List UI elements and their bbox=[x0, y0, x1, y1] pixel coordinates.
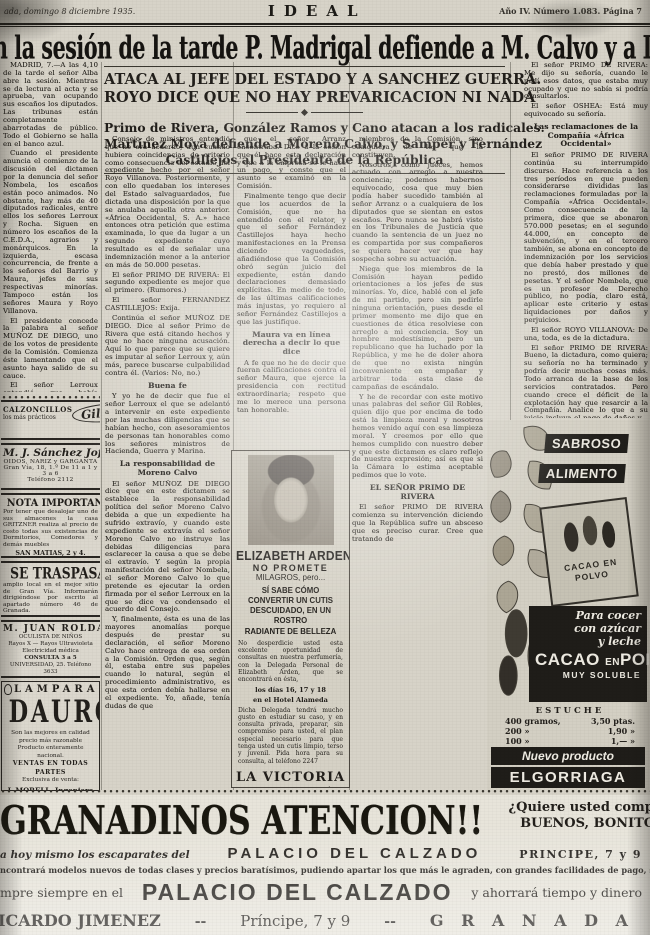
cacao-slogan: Para cocer bbox=[535, 609, 641, 622]
gilbert-logo: Gilbert bbox=[72, 401, 100, 425]
body-paragraph: Niega que los miembros de la Comisión ha… bbox=[352, 266, 483, 392]
body-paragraph: Y he de recordar con este motivo unas pa… bbox=[352, 394, 483, 480]
body-paragraph: El señor OSHEA: Está muy equivocado su s… bbox=[524, 103, 648, 119]
body-paragraph: El señor MUÑOZ DE DIEGO dice que en este… bbox=[105, 481, 230, 615]
price-row: 400 gramos, 3,50 ptas. bbox=[497, 716, 643, 726]
body-paragraph: Cuando el presidente anuncia el comienzo… bbox=[3, 150, 98, 315]
body-paragraph: Finalmente tengo que decir que los acuer… bbox=[237, 193, 346, 327]
ad-jofre-name: M. J. Sánchez Jofré bbox=[3, 447, 98, 459]
ad-roldan-specialty: OCULISTA DE NIÑOS bbox=[3, 634, 98, 641]
arden-line: MILAGROS, pero... bbox=[236, 573, 345, 582]
deck-line-1: ATACA AL JEFE DEL ESTADO Y A SANCHEZ GUE… bbox=[104, 71, 505, 89]
news-column-3: que el señor Arranz encontraba. Dice a l… bbox=[237, 136, 346, 446]
ad-palacio-del-calzado: GRANADINOS ATENCION!! ¿Quiere usted comp… bbox=[0, 795, 650, 935]
separator-dash: -- bbox=[384, 914, 396, 930]
arden-dates: los días 16, 17 y 18 bbox=[236, 686, 345, 694]
ad-jofre-phone: Teléfono 2112 bbox=[3, 477, 98, 483]
ad-roldan-name: M. JUAN ROLDAN bbox=[3, 624, 98, 634]
calzado-body: ncontrará modelos nuevos de todas clases… bbox=[0, 865, 638, 875]
ad-se-traspasa: SE TRASPASA amplio local en el mejor sit… bbox=[1, 561, 100, 617]
masthead-date: ada, domingo 8 diciembre 1935. bbox=[4, 7, 135, 16]
price-value: 1,— » bbox=[611, 736, 635, 746]
price-qty: 400 gramos, bbox=[505, 716, 561, 726]
cacao-soluble: MUY SOLUBLE bbox=[535, 670, 641, 680]
body-paragraph: Y, finalmente, ésta es una de las mayore… bbox=[105, 616, 230, 710]
calzado-question: ¿Quiere usted comprar sus Calzados BUENO… bbox=[509, 797, 650, 833]
arden-store-name: LA VICTORIA bbox=[236, 770, 345, 785]
news-column-1: MADRID, 7.—A las 4,10 de la tarde el señ… bbox=[3, 62, 98, 392]
column-rule bbox=[101, 62, 102, 790]
arden-line: NO PROMETE bbox=[236, 563, 345, 573]
ad-nota-title: NOTA IMPORTANTE bbox=[7, 497, 94, 509]
ad-traspasa-title: SE TRASPASA bbox=[10, 564, 91, 583]
body-paragraph: El señor FERNANDEZ CASTILLEJOS: Exija. bbox=[105, 297, 230, 313]
ad-gilbert-title: CALZONCILLOS bbox=[3, 405, 72, 414]
ad-dauro-exclusiva: Exclusiva de venta: bbox=[4, 777, 97, 785]
calzado-lead: a hoy mismo los escaparates del bbox=[0, 849, 190, 861]
arden-claim: CONVERTIR UN CUTIS bbox=[236, 596, 345, 606]
masthead: ada, domingo 8 diciembre 1935. IDEAL Año… bbox=[0, 0, 650, 22]
ad-lamparas-dauro: LAMPARAS DAURO Son las mejores en calida… bbox=[1, 681, 100, 791]
body-paragraph: Buena fe bbox=[105, 382, 230, 391]
body-paragraph: Las reclamaciones de la Compañía «África… bbox=[524, 123, 648, 149]
arden-body: Dicha Delegada tendrá mucho gusto en est… bbox=[238, 707, 343, 766]
calzado-store-name: PALACIO DEL CALZADO bbox=[228, 845, 482, 862]
ad-calzoncillos-gilbert: CALZONCILLOS los más prácticos Gilbert bbox=[1, 400, 100, 440]
body-paragraph: Continúa el señor MUÑOZ DE DIEGO. Dice a… bbox=[105, 315, 230, 378]
deck-ornament bbox=[104, 110, 505, 115]
calzado-question-line1: ¿Quiere usted comprar sus Calzados bbox=[509, 800, 650, 816]
price-row: 100 » 1,— » bbox=[497, 736, 643, 746]
ad-dauro-text: Son las mejores en calidad bbox=[4, 730, 97, 738]
ad-roldan-line: Rayos X — Rayos Ultravioleta bbox=[3, 641, 98, 648]
squiggle-divider bbox=[0, 790, 650, 794]
ad-sanchez-jofre: M. J. Sánchez Jofré OIDOS, NARIZ y GARGA… bbox=[1, 443, 100, 490]
calzado-address2: Príncipe, 7 y 9 bbox=[240, 912, 350, 930]
arden-body: No desperdicie usted esta excelente opor… bbox=[238, 640, 343, 684]
cacao-prices: ESTUCHE 400 gramos, 3,50 ptas. 200 » 1,9… bbox=[497, 706, 643, 753]
ad-nota-body: Por tener que desalojar uno de sus almac… bbox=[3, 509, 98, 549]
body-paragraph: EL SEÑOR PRIMO DE RIVERA bbox=[352, 484, 483, 501]
cacao-product-box: CACAO EN POLVO bbox=[539, 497, 639, 607]
masthead-rule bbox=[0, 23, 650, 27]
cacao-price-list: 400 gramos, 3,50 ptas. 200 » 1,90 » 100 … bbox=[497, 716, 643, 746]
ad-juan-roldan: M. JUAN ROLDAN OCULISTA DE NIÑOS Rayos X… bbox=[1, 620, 100, 678]
arden-claim: RADIANTE DE BELLEZA bbox=[236, 627, 345, 637]
deck-line-3: Primo de Rivera, González Ramos y Cano a… bbox=[104, 120, 505, 136]
body-paragraph: El señor PRIMO DE RIVERA: Me dijo su señ… bbox=[524, 62, 648, 101]
calzado-question-line2: BUENOS, BONITOS Y BARATOS? bbox=[509, 816, 650, 832]
cacao-product-name: CACAO ENPOLVO bbox=[535, 650, 641, 670]
left-ads-rail: CALZONCILLOS los más prácticos Gilbert M… bbox=[1, 396, 100, 794]
price-qty: 100 » bbox=[505, 736, 529, 746]
cacao-estuche-label: ESTUCHE bbox=[497, 706, 643, 716]
ad-traspasa-body: amplio local en el mejor sitio de Gran V… bbox=[3, 582, 98, 615]
body-paragraph: El señor PRIMO DE RIVERA comienza su int… bbox=[352, 504, 483, 543]
body-paragraph: Nosotros, como jueces, hemos actuado con… bbox=[352, 162, 483, 264]
body-paragraph: El señor PRIMO DE RIVERA: Bueno, la dict… bbox=[524, 345, 648, 418]
cacao-slogan: con azúcar bbox=[535, 622, 641, 635]
ad-dauro-text: precio más razonable bbox=[4, 738, 97, 746]
ad-nota-importante: NOTA IMPORTANTE Por tener que desalojar … bbox=[1, 493, 100, 558]
price-value: 3,50 ptas. bbox=[591, 716, 635, 726]
calzado-headline: GRANADINOS ATENCION!! bbox=[0, 797, 483, 844]
masthead-issue: Año IV. Número 1.083. Página 7 bbox=[499, 6, 642, 16]
body-paragraph: miembros de la Comisión, sino cualquiera… bbox=[352, 136, 483, 160]
calzado-owner: ICARDO JIMENEZ bbox=[0, 911, 161, 930]
ad-elizabeth-arden: ELIZABETH ARDEN NO PROMETE MILAGROS, per… bbox=[231, 450, 350, 788]
arden-hotel: en el Hotel Alameda bbox=[236, 696, 345, 704]
ad-dauro-brand: DAURO bbox=[9, 693, 93, 729]
separator-dash: -- bbox=[195, 914, 207, 930]
body-paragraph: El señor PRIMO DE RIVERA: El segundo exp… bbox=[105, 272, 230, 296]
ad-jofre-address: Gran Vía, 18, 1.º De 11 a 1 y 3 a 6 bbox=[3, 465, 98, 477]
body-paragraph: Maura va en línea derecha a decir lo que… bbox=[237, 331, 346, 357]
body-paragraph: que el señor Arranz encontraba. Dice a l… bbox=[237, 136, 346, 191]
body-paragraph: Consejo de ministros entendió que no era… bbox=[105, 136, 230, 270]
deck-line-2: ROYO DICE QUE NO HAY PREVARICACION NI NA… bbox=[104, 89, 505, 107]
body-paragraph: El señor Lerroux entendió que había habi… bbox=[3, 382, 98, 392]
ad-roldan-address: UNIVERSIDAD, 25. Teléfono 3633 bbox=[3, 662, 98, 676]
news-column-4: miembros de la Comisión, sino cualquiera… bbox=[352, 136, 483, 788]
body-paragraph: Y yo he de decir que fue el señor Lerrou… bbox=[105, 393, 230, 456]
ad-cacao-elgorriaga: SABROSO ALIMENTO CACAO EN POLVO Para coc… bbox=[487, 420, 649, 790]
cacao-slogan: y leche bbox=[535, 635, 641, 648]
body-paragraph: El señor ROYO VILLANOVA: De una, toda, e… bbox=[524, 327, 648, 343]
news-column-5: El señor PRIMO DE RIVERA: Me dijo su señ… bbox=[524, 62, 648, 418]
cacao-nuevo-band: Nuevo producto bbox=[491, 747, 645, 765]
arden-portrait-photo bbox=[248, 455, 334, 545]
calzado-address: PRINCIPE, 7 y 9 bbox=[519, 848, 642, 861]
ad-dauro-ventas: VENTAS EN TODAS PARTES bbox=[4, 760, 97, 777]
ad-dauro-text: Producto enteramente nacional. bbox=[4, 745, 97, 760]
cacao-dark-panel: Para cocer con azúcar y leche CACAO ENPO… bbox=[529, 606, 647, 702]
calzado-city: G R A N A D A bbox=[430, 911, 634, 930]
ad-roldan-line: Electricidad médica bbox=[3, 648, 98, 655]
price-row: 200 » 1,90 » bbox=[497, 726, 643, 736]
calzado-lead2: mpre siempre en el bbox=[0, 885, 123, 900]
ad-gilbert-tagline: los más prácticos bbox=[3, 414, 72, 421]
newspaper-page: ada, domingo 8 diciembre 1935. IDEAL Año… bbox=[0, 0, 650, 935]
arden-claim: SÍ SABE CÓMO bbox=[236, 586, 345, 596]
newspaper-title: IDEAL bbox=[268, 2, 367, 20]
arden-claim: DESCUIDADO, EN UN ROSTRO bbox=[236, 606, 345, 626]
cacao-alimento-band: ALIMENTO bbox=[538, 464, 625, 483]
body-paragraph: MADRID, 7.—A las 4,10 de la tarde el señ… bbox=[3, 62, 98, 148]
calzado-store-name-big: PALACIO DEL CALZADO bbox=[142, 879, 453, 906]
body-paragraph: El señor PRIMO DE RIVERA continúa su int… bbox=[524, 152, 648, 325]
cacao-brand-band: ELGORRIAGA bbox=[491, 767, 645, 788]
body-paragraph: El presidente concede la palabra al seño… bbox=[3, 318, 98, 381]
calzado-tagline: y ahorrará tiempo y dinero bbox=[471, 885, 642, 900]
price-qty: 200 » bbox=[505, 726, 529, 736]
cacao-sabroso-band: SABROSO bbox=[544, 434, 629, 453]
body-paragraph: La responsabilidad de Moreno Calvo bbox=[105, 460, 230, 477]
price-value: 1,90 » bbox=[608, 726, 635, 736]
ad-roldan-consulta: CONSULTA 3 a 5 bbox=[3, 655, 98, 662]
arden-brand: ELIZABETH ARDEN bbox=[236, 549, 341, 563]
news-column-2: Consejo de ministros entendió que no era… bbox=[105, 136, 230, 788]
arden-store-street: ZACATIN, 51 bbox=[236, 786, 345, 788]
body-paragraph: A fe que no he de decir que fueran calif… bbox=[237, 360, 346, 415]
cacao-pods-illustration bbox=[548, 504, 626, 564]
ad-nota-address: SAN MATIAS, 2 y 4. bbox=[3, 549, 98, 557]
